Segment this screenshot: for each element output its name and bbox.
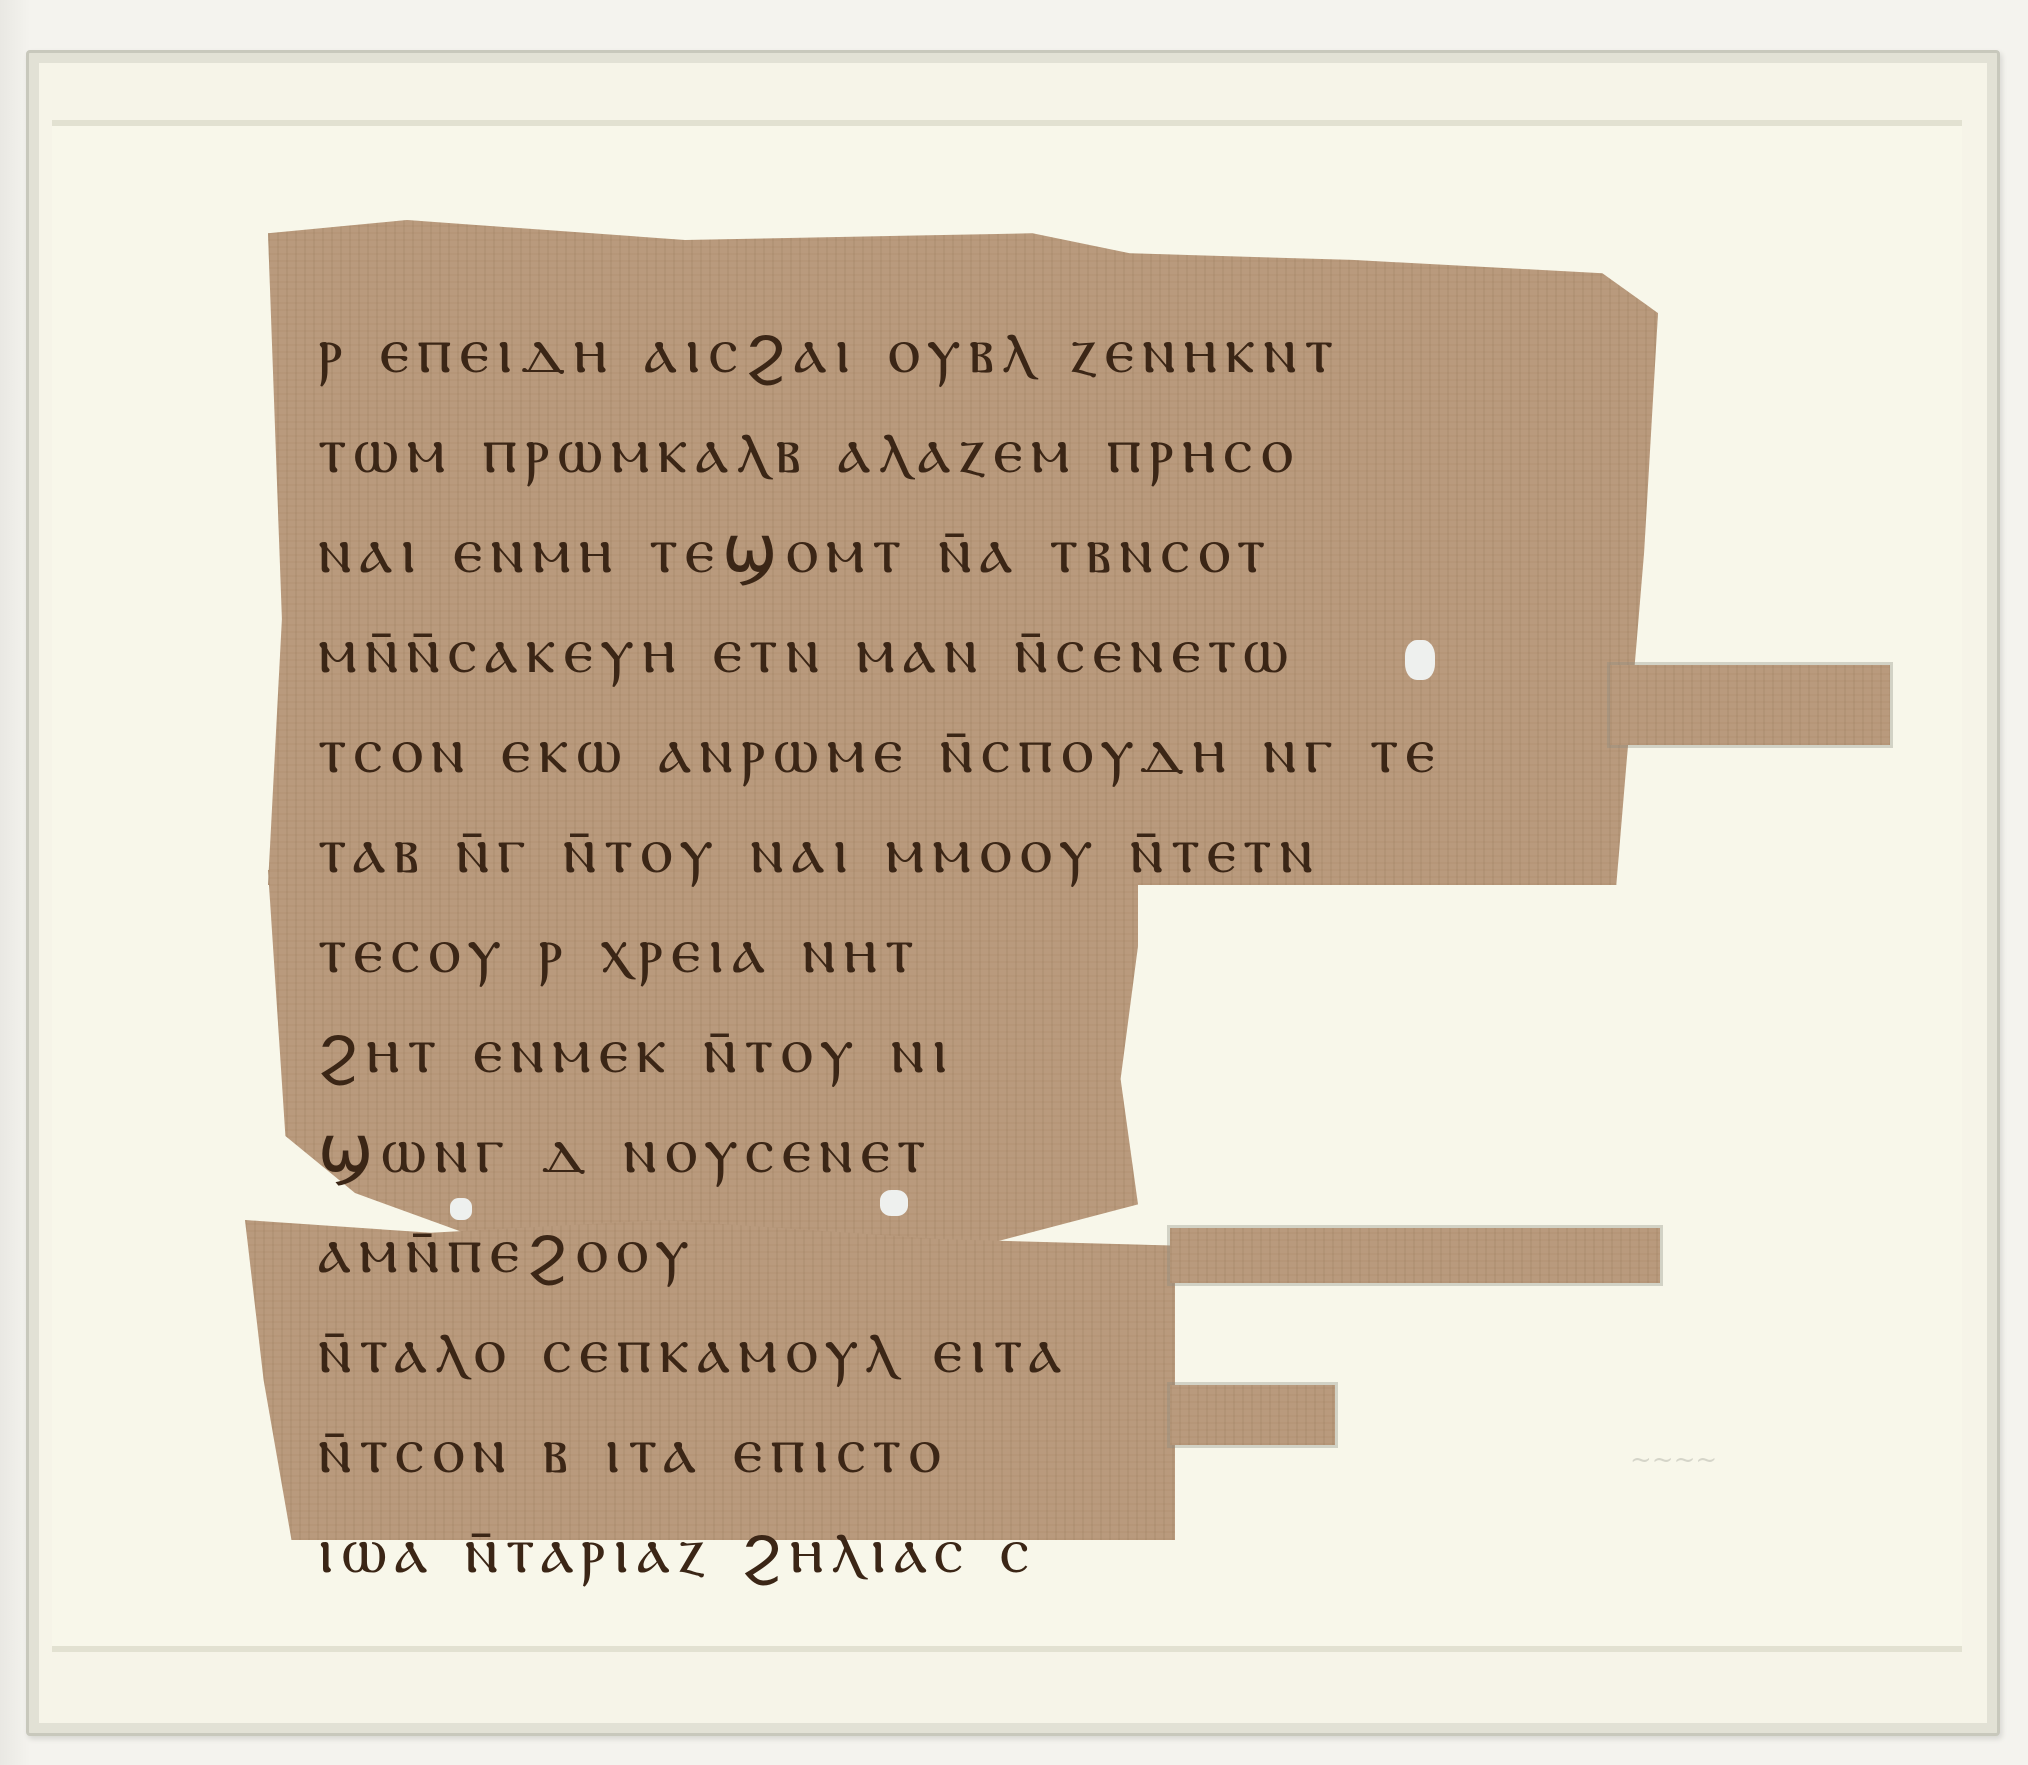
- coptic-inscription: ⲣ ⲉⲡⲉⲓⲇⲏ ⲁⲓⲥϩⲁⲓ ⲟⲩⲃⲗ ⲍⲉⲛⲏⲕⲛⲧ ⲧⲱⲙ ⲡⲣⲱⲙⲕⲁⲗ…: [318, 300, 1698, 1600]
- inscription-line: ⲣ ⲉⲡⲉⲓⲇⲏ ⲁⲓⲥϩⲁⲓ ⲟⲩⲃⲗ ⲍⲉⲛⲏⲕⲛⲧ: [318, 300, 1698, 400]
- inscription-line: ⲧⲁⲃ ⲛ̄ⲅ ⲛ̄ⲧⲟⲩ ⲛⲁⲓ ⲙⲙⲟⲟⲩ ⲛ̄ⲧⲉⲧⲛ: [318, 800, 1698, 900]
- inscription-line: ⲛⲁⲓ ⲉⲛⲙⲏ ⲧⲉϣⲟⲙⲧ ⲛ̄ⲁ ⲧⲃⲛⲥⲟⲧ: [318, 500, 1698, 600]
- pencil-annotation: ~~~~: [1630, 1445, 1840, 1473]
- inscription-line: ⲧⲉⲥⲟⲩ ⲣ ⲭⲣⲉⲓⲁ ⲛⲏⲧ: [318, 900, 1698, 1000]
- inscription-line: ϩⲏⲧ ⲉⲛⲙⲉⲕ ⲛ̄ⲧⲟⲩ ⲛⲓ: [318, 1000, 1698, 1100]
- inscription-line: ⲧⲱⲙ ⲡⲣⲱⲙⲕⲁⲗⲃ ⲁⲗⲁⲍⲉⲙ ⲡⲣⲏⲥⲟ: [318, 400, 1698, 500]
- inscription-line: ϣⲱⲛⲅ ⲇ ⲛⲟⲩⲥⲉⲛⲉⲧ: [318, 1100, 1698, 1200]
- inscription-line: ⲛ̄ⲧⲥⲟⲛ ⲃ ⲓⲧⲁ ⲉⲡⲓⲥⲧⲟ: [318, 1400, 1698, 1500]
- inscription-line: ⲓⲱⲁ ⲛ̄ⲧⲁⲣⲓⲁⲍ ϩⲏⲗⲓⲁⲥ ⲥ: [318, 1500, 1698, 1600]
- inscription-line: ⲙⲛ̄ⲛ̄ⲥⲁⲕⲉⲩⲏ ⲉⲧⲛ ⲙⲁⲛ ⲛ̄ⲥⲉⲛⲉⲧⲱ: [318, 600, 1698, 700]
- inscription-line: ⲁⲙⲛ̄ⲡⲉϩⲟⲟⲩ: [318, 1200, 1698, 1300]
- inscription-line: ⲧⲥⲟⲛ ⲉⲕⲱ ⲁⲛⲣⲱⲙⲉ ⲛ̄ⲥⲡⲟⲩⲇⲏ ⲛⲅ ⲧⲉ: [318, 700, 1698, 800]
- inscription-line: ⲛ̄ⲧⲁⲗⲟ ⲥⲉⲡⲕⲁⲙⲟⲩⲗ ⲉⲓⲧⲁ: [318, 1300, 1698, 1400]
